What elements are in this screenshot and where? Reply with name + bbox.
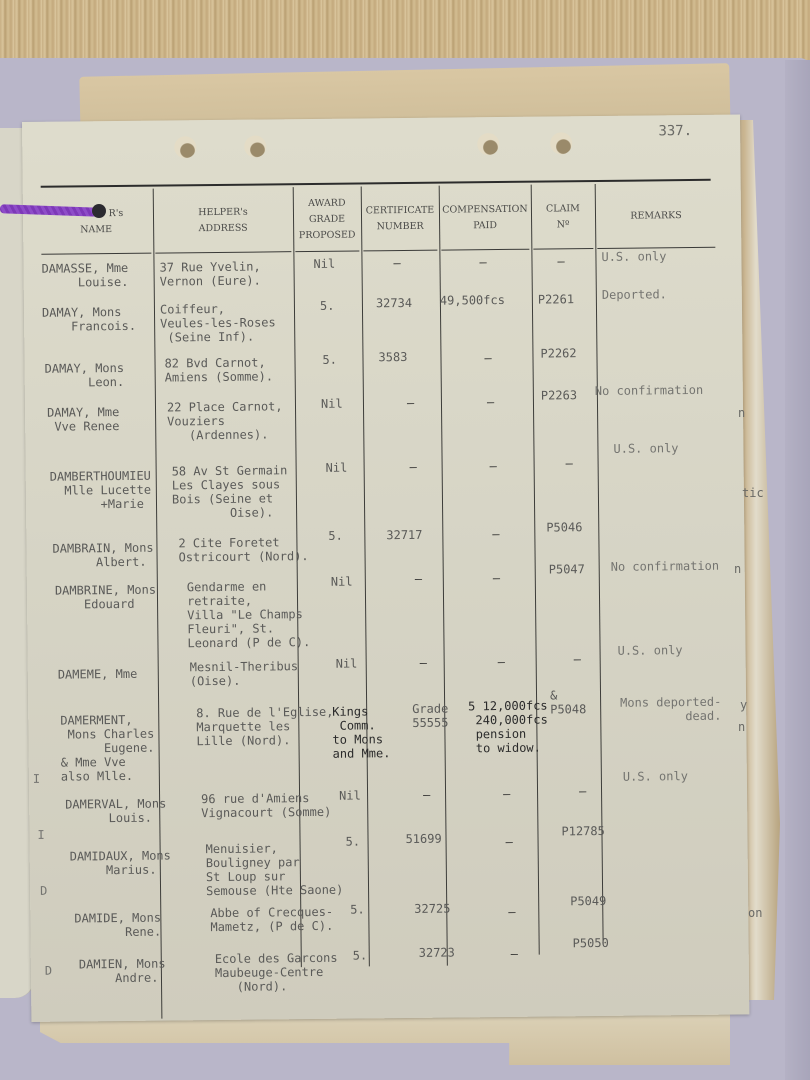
certificate-number: 32734 <box>376 296 412 310</box>
edge-fragment: on <box>748 906 762 920</box>
compensation-paid: – <box>505 835 512 849</box>
remarks: No confirmation <box>611 559 720 574</box>
typed-register-page: 337. R's NAME HELPER's ADDRESS AWARD GRA… <box>22 114 749 1021</box>
remarks: No confirmation <box>595 383 704 398</box>
column-divider <box>361 186 370 966</box>
certificate-number: – <box>407 396 414 410</box>
helper-address: 82 Bvd Carnot, Amiens (Somme). <box>164 355 273 384</box>
header-compensation-line2: PAID <box>442 218 528 235</box>
margin-mark: D <box>45 964 52 978</box>
page-number: 337. <box>658 123 692 139</box>
certificate-number: – <box>420 656 427 670</box>
helper-address: Abbe of Crecques- Mametz, (P de C). <box>210 905 333 934</box>
edge-fragment: tic <box>742 486 764 500</box>
header-remarks-label: REMARKS <box>630 208 682 225</box>
helper-address: Ecole des Garcons Maubeuge-Centre (Nord)… <box>215 951 338 994</box>
helper-address: 2 Cite Foretet Ostricourt (Nord). <box>178 535 308 564</box>
compensation-paid: – <box>492 527 499 541</box>
edge-fragment: n <box>738 720 745 734</box>
compensation-paid: – <box>508 905 515 919</box>
claim-number: P12785 <box>561 824 605 838</box>
claim-number: & P5048 <box>550 688 586 716</box>
helper-name: DAMBRAIN, Mons Albert. <box>52 541 153 570</box>
helper-address: Gendarme en retraite, Villa "Le Champs F… <box>187 579 311 650</box>
helper-address: 22 Place Carnot, Vouziers (Ardennes). <box>167 399 283 442</box>
remarks: U.S. only <box>617 643 682 658</box>
award-grade: Kings Comm. to Mons and Mme. <box>332 704 390 761</box>
punch-hole <box>244 135 266 157</box>
helper-name: DAMERMENT, Mons Charles Eugene. & Mme Vv… <box>60 713 155 784</box>
claim-number: – <box>574 652 581 666</box>
helper-address: Coiffeur, Veules-les-Roses (Seine Inf). <box>160 301 276 344</box>
certificate-number: – <box>423 788 430 802</box>
award-grade: 5. <box>353 948 368 962</box>
certificate-number: 32723 <box>419 946 455 960</box>
certificate-number: 32725 <box>414 902 450 916</box>
header-remarks: REMARKS <box>597 185 716 249</box>
helper-name: DAMBERTHOUMIEU Mlle Lucette +Marie <box>50 469 152 512</box>
compensation-paid: 49,500fcs <box>440 293 505 308</box>
table-header: R's NAME HELPER's ADDRESS AWARD GRADE PR… <box>41 192 42 254</box>
compensation-paid: – <box>493 571 500 585</box>
helper-name: DAMAY, Mons Francois. <box>42 305 136 334</box>
compensation-paid: – <box>484 351 491 365</box>
compensation-paid: – <box>487 395 494 409</box>
thread-hole <box>92 204 106 218</box>
claim-number: – <box>566 456 573 470</box>
header-certificate-line1: CERTIFICATE <box>366 203 435 220</box>
award-grade: Nil <box>331 575 353 589</box>
award-grade: Nil <box>336 657 358 671</box>
claim-number: P5047 <box>549 562 585 576</box>
claim-number: P2263 <box>541 388 577 402</box>
compensation-paid: 5 12,000fcs 240,000fcs pension to widow. <box>468 699 548 756</box>
compensation-paid: – <box>498 655 505 669</box>
header-award-line3: PROPOSED <box>299 228 356 245</box>
header-name-label: NAME <box>69 222 124 239</box>
header-address-line2: ADDRESS <box>198 221 248 238</box>
award-grade: Nil <box>313 257 335 271</box>
punch-hole <box>174 136 196 158</box>
edge-fragment: n <box>734 562 741 576</box>
helper-address: Mesnil-Theribus (Oise). <box>190 659 299 688</box>
margin-mark: I <box>33 772 40 786</box>
header-certificate-line2: NUMBER <box>366 219 435 236</box>
edge-fragment: n <box>738 406 745 420</box>
helper-address: 96 rue d'Amiens Vignacourt (Somme) <box>201 791 331 820</box>
helper-address: 8. Rue de l'Eglise, Marquette les Lille … <box>196 705 334 748</box>
claim-number: P2261 <box>538 292 574 306</box>
margin-mark: D <box>40 884 47 898</box>
helper-address: 58 Av St Germain Les Clayes sous Bois (S… <box>172 463 288 520</box>
award-grade: 5. <box>320 299 335 313</box>
claim-number: – <box>557 254 564 268</box>
remarks: Mons deported- dead. <box>620 695 721 724</box>
claim-number: P2262 <box>540 346 576 360</box>
claim-number: P5046 <box>546 520 582 534</box>
award-grade: Nil <box>321 397 343 411</box>
edge-fragment: y <box>740 698 747 712</box>
helper-name: DAMBRINE, Mons Edouard <box>55 583 156 612</box>
punch-hole <box>550 132 572 154</box>
compensation-paid: – <box>503 787 510 801</box>
remarks: U.S. only <box>623 769 688 784</box>
certificate-number: Grade 55555 <box>412 702 448 730</box>
award-grade: Nil <box>339 788 361 802</box>
punch-hole <box>477 133 499 155</box>
certificate-number: – <box>415 572 422 586</box>
header-certificate: CERTIFICATE NUMBER <box>363 188 438 252</box>
compensation-paid: – <box>511 947 518 961</box>
helper-name: DAMERVAL, Mons Louis. <box>65 797 166 826</box>
helper-address: Menuisier, Bouligney par St Loup sur Sem… <box>206 841 344 898</box>
remarks: Deported. <box>602 287 667 302</box>
claim-number: – <box>579 784 586 798</box>
header-compensation: COMPENSATION PAID <box>441 187 530 251</box>
helper-name: DAMIDE, Mons Rene. <box>74 911 161 940</box>
margin-mark: I <box>37 828 44 842</box>
certificate-number: 51699 <box>405 832 441 846</box>
claim-number: P5050 <box>573 936 609 950</box>
header-award: AWARD GRADE PROPOSED <box>295 188 360 252</box>
helper-name: DAMIDAUX, Mons Marius. <box>70 848 171 877</box>
header-address-line1: HELPER's <box>198 205 248 222</box>
compensation-paid: – <box>479 255 486 269</box>
remarks: U.S. only <box>613 441 678 456</box>
claim-number: P5049 <box>570 894 606 908</box>
certificate-number: – <box>393 256 400 270</box>
helper-name: DAMAY, Mme Vve Renee <box>47 405 120 434</box>
certificate-number: 32717 <box>386 528 422 542</box>
certificate-number: – <box>410 460 417 474</box>
header-address: HELPER's ADDRESS <box>155 189 292 253</box>
helper-name: DAMASSE, Mme Louise. <box>41 261 128 290</box>
header-compensation-line1: COMPENSATION <box>442 202 528 219</box>
header-claim: CLAIM Nº <box>533 186 594 250</box>
folder-edge <box>785 60 810 1080</box>
helper-name: DAMAY, Mons Leon. <box>45 361 125 390</box>
award-grade: 5. <box>322 353 337 367</box>
header-claim-line1: CLAIM <box>546 201 580 217</box>
compensation-paid: – <box>490 459 497 473</box>
header-name: R's NAME <box>41 191 152 255</box>
helper-address: 37 Rue Yvelin, Vernon (Eure). <box>159 260 260 289</box>
award-grade: Nil <box>326 461 348 475</box>
certificate-number: 3583 <box>378 350 407 364</box>
header-award-line1: AWARD <box>298 196 355 213</box>
award-grade: 5. <box>328 529 343 543</box>
award-grade: 5. <box>345 835 360 849</box>
remarks: U.S. only <box>601 249 666 264</box>
helper-name: DAMEME, Mme <box>58 667 138 682</box>
header-claim-line2: Nº <box>546 217 580 233</box>
header-award-line2: GRADE <box>299 212 356 229</box>
award-grade: 5. <box>350 902 365 916</box>
helper-name: DAMIEN, Mons Andre. <box>79 957 166 986</box>
